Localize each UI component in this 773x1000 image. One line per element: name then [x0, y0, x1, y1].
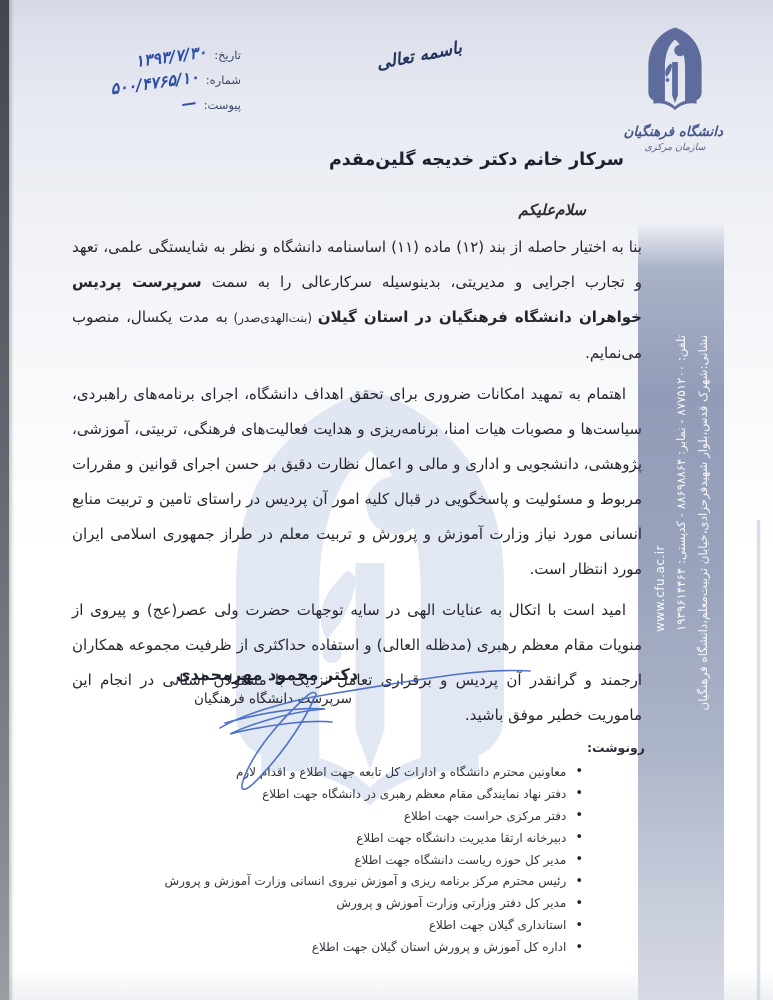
meta-date-row: تاریخ: ۱۳۹۳/۷/۳۰	[110, 42, 241, 67]
signatory-title: سرپرست دانشگاه فرهنگیان	[188, 691, 358, 707]
cc-item-text: دفتر مرکزی حراست جهت اطلاع	[404, 809, 567, 823]
paragraph-appointment: بنا به اختیار حاصله از بند (۱۲) ماده (۱۱…	[72, 230, 642, 371]
university-logo: دانشگاه فرهنگیان سازمان مرکزی	[627, 26, 723, 153]
recipient-line: سرکار خانم دکتر خدیجه گلین‌مقدم	[72, 150, 642, 170]
signature-block: دکتر محمود مهرمحمدی سرپرست دانشگاه فرهنگ…	[188, 665, 358, 707]
cc-item: •دفتر مرکزی حراست جهت اطلاع	[80, 805, 583, 827]
bullet-icon: •	[575, 853, 583, 866]
website-text: www.cfu.ac.ir	[650, 335, 671, 795]
cc-item-text: دبیرخانه ارتقا مدیریت دانشگاه جهت اطلاع	[356, 831, 566, 845]
cc-item: •استانداری گیلان جهت اطلاع	[80, 914, 583, 936]
meta-number-row: شماره: ۵۰۰/۴۷۶۵/۱۰	[110, 67, 241, 92]
cc-item-text: مدیر کل حوزه ریاست دانشگاه جهت اطلاع	[354, 853, 566, 867]
bullet-icon: •	[575, 941, 583, 954]
bullet-icon: •	[575, 875, 583, 888]
cc-item-text: دفتر نهاد نمایندگی مقام معظم رهبری در دا…	[262, 787, 566, 801]
paragraph1-campus-name: (بنت‌الهدی‌صدر)	[228, 311, 318, 325]
scanned-letter-page: www.cfu.ac.ir تلفن: ۸۷۷۵۱۲۰۰ - نمابر: ۸۸…	[0, 0, 773, 1000]
attachment-handwritten-value: —	[180, 93, 197, 113]
cc-label: رونوشت:	[80, 740, 645, 755]
signatory-name: دکتر محمود مهرمحمدی	[188, 665, 358, 684]
scan-fold-line	[756, 520, 761, 1000]
letterhead-contact-block: www.cfu.ac.ir تلفن: ۸۷۷۵۱۲۰۰ - نمابر: ۸۸…	[650, 335, 714, 795]
cc-section: رونوشت: •معاونین محترم دانشگاه و ادارات …	[80, 740, 645, 958]
cc-item: •معاونین محترم دانشگاه و ادارات کل تابعه…	[80, 761, 583, 783]
paragraph-wishes: امید است با اتکال به عنایات الهی در سایه…	[72, 593, 642, 733]
cc-item-text: استانداری گیلان جهت اطلاع	[429, 918, 567, 932]
cc-item: •رئیس محترم مرکز برنامه ریزی و آموزش نیر…	[80, 870, 583, 892]
bullet-icon: •	[575, 919, 583, 932]
cc-item: •دفتر نهاد نمایندگی مقام معظم رهبری در د…	[80, 783, 583, 805]
cc-item-text: معاونین محترم دانشگاه و ادارات کل تابعه …	[236, 765, 566, 779]
bullet-icon: •	[575, 897, 583, 910]
cc-item: •مدیر کل حوزه ریاست دانشگاه جهت اطلاع	[80, 849, 583, 871]
cc-item: •اداره کل آموزش و پرورش استان گیلان جهت …	[80, 936, 583, 958]
bullet-icon: •	[575, 787, 583, 800]
cc-item: •مدیر کل دفتر وزارتی وزارت آموزش و پرورش	[80, 892, 583, 914]
cc-list: •معاونین محترم دانشگاه و ادارات کل تابعه…	[80, 761, 645, 958]
scan-edge-fade	[9, 0, 14, 1000]
cc-item: •دبیرخانه ارتقا مدیریت دانشگاه جهت اطلاع	[80, 827, 583, 849]
salutation-line: سلام‌علیکم	[72, 201, 642, 219]
bullet-icon: •	[575, 809, 583, 822]
address-text: نشانی:شهرک قدس،بلوار شهیدفرحزادی،خیابان …	[693, 335, 714, 795]
attachment-label: پیوست:	[204, 98, 241, 112]
letter-meta-block: تاریخ: ۱۳۹۳/۷/۳۰ شماره: ۵۰۰/۴۷۶۵/۱۰ پیوس…	[110, 42, 241, 117]
paragraph-duties: اهتمام به تمهید امکانات ضروری برای تحقق …	[72, 377, 642, 587]
bullet-icon: •	[575, 831, 583, 844]
cc-item-text: رئیس محترم مرکز برنامه ریزی و آموزش نیرو…	[165, 874, 567, 888]
number-label: شماره:	[206, 73, 241, 87]
phone-fax-postal-text: تلفن: ۸۷۷۵۱۲۰۰ - نمابر: ۸۸۶۹۸۸۶۴ - کدپست…	[671, 335, 692, 795]
scan-edge-shadow	[0, 0, 9, 1000]
date-label: تاریخ:	[214, 48, 241, 62]
cc-item-text: اداره کل آموزش و پرورش استان گیلان جهت ا…	[312, 940, 567, 954]
cc-item-text: مدیر کل دفتر وزارتی وزارت آموزش و پرورش	[336, 896, 566, 910]
letter-body: سرکار خانم دکتر خدیجه گلین‌مقدم سلام‌علی…	[72, 150, 642, 733]
logo-title: دانشگاه فرهنگیان	[627, 124, 723, 140]
bullet-icon: •	[575, 765, 583, 778]
university-emblem-icon	[639, 26, 711, 121]
logo-subtitle: سازمان مرکزی	[627, 142, 723, 153]
basmala-calligraphy: باسمه تعالی	[375, 38, 464, 74]
